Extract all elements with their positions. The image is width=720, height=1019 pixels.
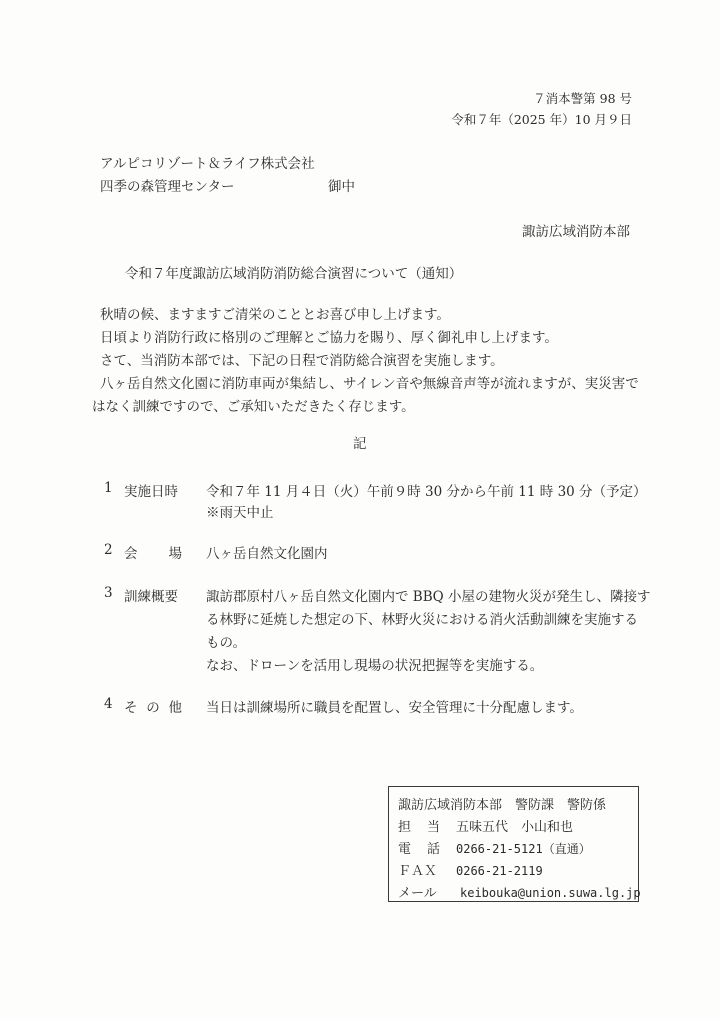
document-number: ７消本警第 98 号	[533, 89, 632, 107]
label-char: 担	[398, 816, 411, 835]
item-value-line: 八ヶ岳自然文化園内	[206, 542, 328, 562]
item-value-line: なお、ドローンを活用し現場の状況把握等を実施する。	[206, 654, 543, 674]
item-label-char: そ	[124, 696, 138, 716]
contact-fax-value: 0266-21-2119	[456, 864, 543, 878]
item-number: 1	[104, 480, 113, 496]
contact-email: メールkeibouka@union.suwa.lg.jp	[398, 882, 641, 901]
subject-title: 令和７年度諏訪広域消防消防総合演習について（通知）	[125, 262, 462, 282]
contact-fax: ＦＡＸ0266-21-2119	[398, 860, 543, 879]
recipient-honorific: 御中	[328, 175, 355, 195]
contact-phone-value: 0266-21-5121（直通）	[456, 842, 591, 856]
item-value-line: る林野に延焼した想定の下、林野火災における消火活動訓練を実施する	[206, 608, 638, 628]
sender: 諏訪広域消防本部	[522, 220, 630, 240]
contact-email-label: メール	[398, 882, 460, 901]
contact-phone-label: 電 話	[398, 838, 440, 857]
item-value-line: 令和７年 11 月４日（火）午前９時 30 分から午前 11 時 30 分（予定…	[206, 480, 647, 500]
item-number: 4	[104, 696, 113, 712]
body-paragraph: 日頃より消防行政に格別のご理解とご協力を賜り、厚く御礼申し上げます。	[100, 326, 558, 346]
item-value-line: もの。	[206, 631, 246, 651]
item-label: 訓練概要	[124, 585, 178, 605]
body-paragraph: 秋晴の候、ますますご清栄のこととお喜び申し上げます。	[100, 303, 450, 323]
item-number: 2	[104, 542, 113, 558]
item-label: 会 場	[124, 542, 182, 562]
item-label-char: 場	[169, 542, 183, 562]
document-date: 令和７年（2025 年）10 月９日	[451, 110, 632, 128]
label-char: 当	[427, 816, 440, 835]
contact-person-value: 五味五代 小山和也	[456, 820, 573, 835]
contact-person-label: 担 当	[398, 816, 440, 835]
contact-email-value[interactable]: keibouka@union.suwa.lg.jp	[460, 886, 641, 900]
item-label: そ の 他	[124, 696, 182, 716]
body-paragraph: 八ヶ岳自然文化園に消防車両が集結し、サイレン音や無線音声等が流れますが、実災害で	[100, 372, 639, 392]
item-label-char: の	[146, 696, 160, 716]
contact-organization: 諏訪広域消防本部 警防課 警防係	[398, 794, 606, 813]
contact-person: 担 当 五味五代 小山和也	[398, 816, 573, 835]
item-value-line: 当日は訓練場所に職員を配置し、安全管理に十分配慮します。	[206, 696, 583, 716]
label-char: 話	[427, 838, 440, 857]
body-paragraph: さて、当消防本部では、下記の日程で消防総合演習を実施します。	[100, 349, 504, 369]
contact-fax-label: ＦＡＸ	[398, 860, 456, 879]
item-label: 実施日時	[124, 480, 178, 500]
label-char: 電	[398, 838, 411, 857]
contact-phone: 電 話 0266-21-5121（直通）	[398, 838, 591, 857]
recipient-company: アルピコリゾート＆ライフ株式会社	[100, 152, 315, 172]
ki-heading: 記	[353, 432, 367, 452]
item-number: 3	[104, 585, 113, 601]
contact-box: 諏訪広域消防本部 警防課 警防係 担 当 五味五代 小山和也 電 話 0266-…	[388, 786, 639, 902]
body-paragraph: はなく訓練ですので、ご承知いただきたく存じます。	[92, 395, 415, 415]
item-label-char: 会	[124, 542, 138, 562]
item-value-line: 諏訪郡原村八ヶ岳自然文化園内で BBQ 小屋の建物火災が発生し、隣接す	[206, 585, 651, 605]
item-value-line: ※雨天中止	[206, 501, 274, 521]
item-label-char: 他	[169, 696, 183, 716]
recipient-department: 四季の森管理センター	[100, 175, 234, 195]
